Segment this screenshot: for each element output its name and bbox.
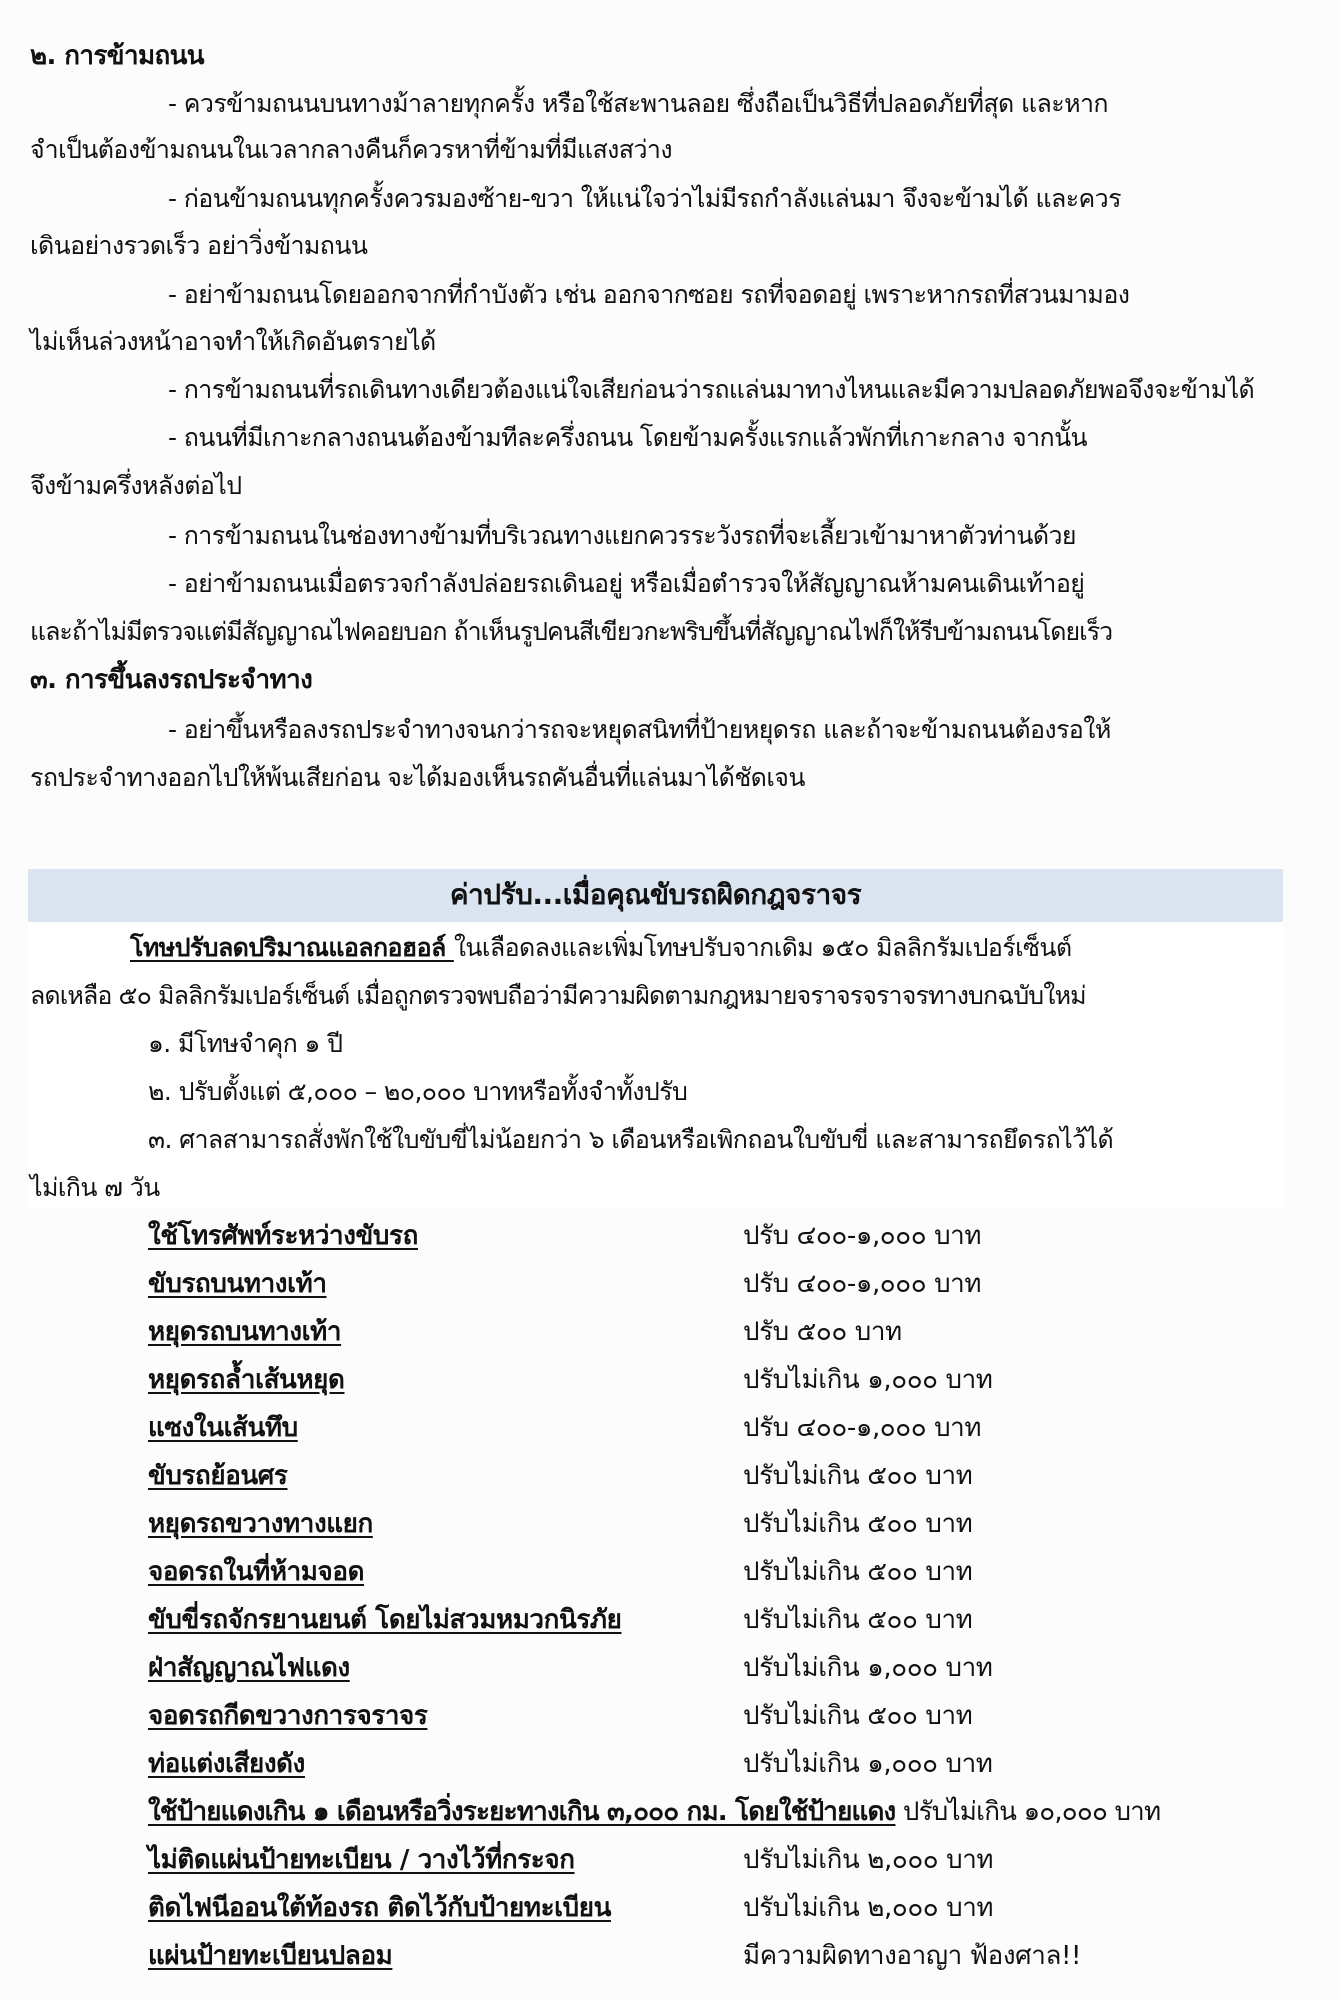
paragraph-line: - อย่าข้ามถนนเมื่อตรวจกำลังปล่อยรถเดินอย… xyxy=(168,566,1084,602)
fine-amount: ปรับไม่เกิน ๕๐๐ บาท xyxy=(743,1602,972,1638)
fines-title: ค่าปรับ...เมื่อคุณขับรถผิดกฎจราจร xyxy=(28,872,1283,918)
fine-offense: ใช้ป้ายแดงเกิน ๑ เดือนหรือวิ่งระยะทางเกิ… xyxy=(148,1797,895,1827)
fine-amount: ปรับไม่เกิน ๕๐๐ บาท xyxy=(743,1554,972,1590)
fine-offense: หยุดรถขวางทางแยก xyxy=(148,1506,373,1542)
fine-offense: ขับรถย้อนศร xyxy=(148,1458,287,1494)
fine-amount: ปรับไม่เกิน ๑,๐๐๐ บาท xyxy=(743,1362,993,1398)
fine-offense: ไม่ติดแผ่นป้ายทะเบียน / วางไว้ที่กระจก xyxy=(148,1842,575,1878)
fine-offense: ขับขี่รถจักรยานยนต์ โดยไม่สวมหมวกนิรภัย xyxy=(148,1602,622,1638)
penalty-item: ๑. มีโทษจำคุก ๑ ปี xyxy=(148,1026,342,1062)
fine-amount: ปรับ ๕๐๐ บาท xyxy=(743,1314,902,1350)
section-heading-bus: ๓. การขึ้นลงรถประจำทาง xyxy=(30,662,312,698)
paragraph-line: จำเป็นต้องข้ามถนนในเวลากลางคืนก็ควรหาที่… xyxy=(30,132,672,168)
alcohol-paragraph-line: โทษปรับลดปริมาณแอลกอฮอล์ ในเลือดลงและเพิ… xyxy=(130,930,1072,966)
fine-offense: ติดไฟนีออนใต้ท้องรถ ติดไว้กับป้ายทะเบียน xyxy=(148,1890,611,1926)
alcohol-paragraph-line-2: ลดเหลือ ๕๐ มิลลิกรัมเปอร์เซ็นต์ เมื่อถูก… xyxy=(30,978,1086,1014)
paragraph-line: เดินอย่างรวดเร็ว อย่าวิ่งข้ามถนน xyxy=(30,228,367,264)
alcohol-label: โทษปรับลดปริมาณแอลกอฮอล์ xyxy=(130,933,454,962)
fine-offense: จอดรถกีดขวางการจราจร xyxy=(148,1698,427,1734)
paragraph-line: - การข้ามถนนที่รถเดินทางเดียวต้องแน่ใจเส… xyxy=(168,372,1254,408)
fine-offense: แซงในเส้นทึบ xyxy=(148,1410,298,1446)
paragraph-line: และถ้าไม่มีตรวจแต่มีสัญญาณไฟคอยบอก ถ้าเห… xyxy=(30,614,1112,650)
fine-amount: ปรับไม่เกิน ๕๐๐ บาท xyxy=(743,1698,972,1734)
paragraph-line: จึงข้ามครึ่งหลังต่อไป xyxy=(30,468,242,504)
fine-amount: ปรับไม่เกิน ๑๐,๐๐๐ บาท xyxy=(895,1797,1160,1827)
fine-amount: ปรับไม่เกิน ๒,๐๐๐ บาท xyxy=(743,1842,993,1878)
fine-offense: จอดรถในที่ห้ามจอด xyxy=(148,1554,364,1590)
fine-offense: ขับรถบนทางเท้า xyxy=(148,1266,327,1302)
fine-amount: ปรับไม่เกิน ๕๐๐ บาท xyxy=(743,1506,972,1542)
alcohol-text: ในเลือดลงและเพิ่มโทษปรับจากเดิม ๑๕๐ มิลล… xyxy=(454,933,1072,962)
fine-row-redplate: ใช้ป้ายแดงเกิน ๑ เดือนหรือวิ่งระยะทางเกิ… xyxy=(148,1794,1160,1830)
fine-amount: ปรับไม่เกิน ๒,๐๐๐ บาท xyxy=(743,1890,993,1926)
fine-amount: ปรับ ๔๐๐-๑,๐๐๐ บาท xyxy=(743,1266,981,1302)
section-heading-crossing: ๒. การข้ามถนน xyxy=(30,38,204,74)
fine-amount: ปรับ ๔๐๐-๑,๐๐๐ บาท xyxy=(743,1218,981,1254)
penalty-item: ๓. ศาลสามารถสั่งพักใช้ใบขับขี่ไม่น้อยกว่… xyxy=(148,1122,1113,1158)
fine-offense: ใช้โทรศัพท์ระหว่างขับรถ xyxy=(148,1218,418,1254)
fine-offense: ท่อแต่งเสียงดัง xyxy=(148,1746,305,1782)
paragraph-line: - อย่าข้ามถนนโดยออกจากที่กำบังตัว เช่น อ… xyxy=(168,277,1129,313)
paragraph-line: - ควรข้ามถนนบนทางม้าลายทุกครั้ง หรือใช้ส… xyxy=(168,86,1108,122)
fine-offense: หยุดรถบนทางเท้า xyxy=(148,1314,341,1350)
paragraph-line: - ก่อนข้ามถนนทุกครั้งควรมองซ้าย-ขวา ให้แ… xyxy=(168,181,1121,217)
paragraph-line: - ถนนที่มีเกาะกลางถนนต้องข้ามทีละครึ่งถน… xyxy=(168,420,1087,456)
penalty-item: ๒. ปรับตั้งแต่ ๕,๐๐๐ – ๒๐,๐๐๐ บาทหรือทั้… xyxy=(148,1074,687,1110)
fine-amount: ปรับ ๔๐๐-๑,๐๐๐ บาท xyxy=(743,1410,981,1446)
fine-amount: มีความผิดทางอาญา ฟ้องศาล!! xyxy=(743,1938,1081,1974)
paragraph-line: - การข้ามถนนในช่องทางข้ามที่บริเวณทางแยก… xyxy=(168,518,1076,554)
fine-amount: ปรับไม่เกิน ๕๐๐ บาท xyxy=(743,1458,972,1494)
fine-amount: ปรับไม่เกิน ๑,๐๐๐ บาท xyxy=(743,1746,993,1782)
fine-offense: แผ่นป้ายทะเบียนปลอม xyxy=(148,1938,392,1974)
paragraph-line: - อย่าขึ้นหรือลงรถประจำทางจนกว่ารถจะหยุด… xyxy=(168,712,1111,748)
penalty-item-cont: ไม่เกิน ๗ วัน xyxy=(30,1170,160,1206)
paragraph-line: ไม่เห็นล่วงหน้าอาจทำให้เกิดอันตรายได้ xyxy=(30,324,436,360)
fine-amount: ปรับไม่เกิน ๑,๐๐๐ บาท xyxy=(743,1650,993,1686)
fine-offense: หยุดรถล้ำเส้นหยุด xyxy=(148,1362,344,1398)
fine-offense: ฝ่าสัญญาณไฟแดง xyxy=(148,1650,350,1686)
paragraph-line: รถประจำทางออกไปให้พ้นเสียก่อน จะได้มองเห… xyxy=(30,760,805,796)
